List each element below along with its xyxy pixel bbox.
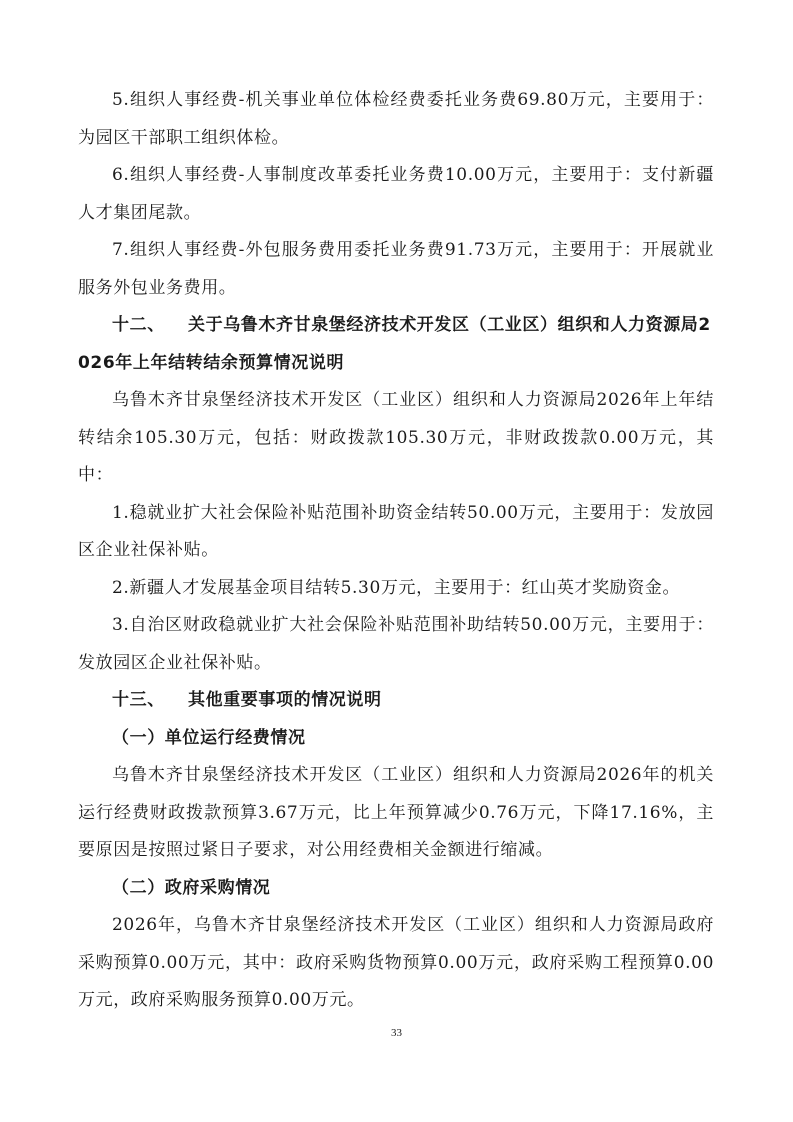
section-title: 其他重要事项的情况说明 [188,690,382,710]
paragraph-item-7: 7.组织人事经费-外包服务费用委托业务费91.73万元，主要用于：开展就业服务外… [78,232,714,307]
carryover-summary-paragraph: 乌鲁木齐甘泉堡经济技术开发区（工业区）组织和人力资源局2026年上年结转结余10… [78,382,714,495]
subheading-procurement: （二）政府采购情况 [78,870,714,908]
section-heading-13: 十三、其他重要事项的情况说明 [78,682,714,720]
section-number: 十三、 [112,682,188,720]
page-number: 33 [0,1027,793,1039]
carryover-item-3: 3.自治区财政稳就业扩大社会保险补贴范围补助结转50.00万元，主要用于：发放园… [78,607,714,682]
carryover-item-1: 1.稳就业扩大社会保险补贴范围补助资金结转50.00万元，主要用于：发放园区企业… [78,495,714,570]
section-heading-12: 十二、关于乌鲁木齐甘泉堡经济技术开发区（工业区）组织和人力资源局2026年上年结… [78,307,714,382]
section-number: 十二、 [112,307,188,345]
subheading-operating-costs: （一）单位运行经费情况 [78,720,714,758]
document-page: 5.组织人事经费-机关事业单位体检经费委托业务费69.80万元，主要用于：为园区… [78,82,714,1020]
paragraph-item-5: 5.组织人事经费-机关事业单位体检经费委托业务费69.80万元，主要用于：为园区… [78,82,714,157]
operating-costs-paragraph: 乌鲁木齐甘泉堡经济技术开发区（工业区）组织和人力资源局2026年的机关运行经费财… [78,757,714,870]
carryover-item-2: 2.新疆人才发展基金项目结转5.30万元，主要用于：红山英才奖励资金。 [78,570,714,608]
paragraph-item-6: 6.组织人事经费-人事制度改革委托业务费10.00万元，主要用于：支付新疆人才集… [78,157,714,232]
procurement-paragraph: 2026年，乌鲁木齐甘泉堡经济技术开发区（工业区）组织和人力资源局政府采购预算0… [78,907,714,1020]
